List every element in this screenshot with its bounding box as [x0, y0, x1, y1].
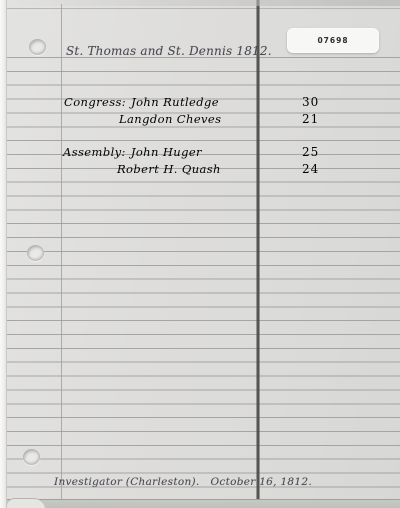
- office-label: Assembly:: [63, 145, 126, 159]
- result-line: Robert H. Quash: [117, 162, 221, 176]
- hole-punch-bottom: [23, 449, 40, 465]
- result-row: Congress:John Rutledge 30: [0, 95, 400, 112]
- vote-count: 24: [302, 162, 319, 176]
- result-line: Congress:John Rutledge: [64, 95, 219, 109]
- candidate-name: John Rutledge: [131, 95, 219, 109]
- result-row: Assembly:John Huger 25: [0, 145, 400, 162]
- result-row: Robert H. Quash 24: [0, 162, 400, 179]
- top-rule-line: [6, 8, 400, 9]
- candidate-name: John Huger: [131, 145, 202, 159]
- scanned-notebook-page: 07698 St. Thomas and St. Dennis 1812. Co…: [0, 0, 400, 508]
- catalog-number: 07698: [317, 36, 348, 45]
- candidate-name: Langdon Cheves: [119, 112, 221, 126]
- vote-count: 30: [302, 95, 319, 109]
- source-citation: Investigator (Charleston). October 16, 1…: [54, 476, 312, 488]
- vote-count: 25: [302, 145, 319, 159]
- result-line: Langdon Cheves: [119, 112, 221, 126]
- underlying-page-corner: [7, 498, 45, 508]
- vote-count: 21: [302, 112, 319, 126]
- top-scan-edge: [0, 0, 400, 6]
- bottom-scan-edge: [0, 499, 400, 508]
- margin-line: [61, 4, 62, 508]
- page-title: St. Thomas and St. Dennis 1812.: [66, 44, 272, 58]
- result-line: Assembly:John Huger: [63, 145, 202, 159]
- catalog-number-sticker: 07698: [287, 28, 379, 53]
- scanner-edge-strip: [0, 0, 7, 508]
- binder-fold-line: [256, 0, 260, 508]
- hole-punch-middle: [27, 245, 44, 261]
- office-label: Congress:: [64, 95, 126, 109]
- hole-punch-top: [29, 39, 46, 55]
- result-row: Langdon Cheves 21: [0, 112, 400, 129]
- candidate-name: Robert H. Quash: [117, 162, 221, 176]
